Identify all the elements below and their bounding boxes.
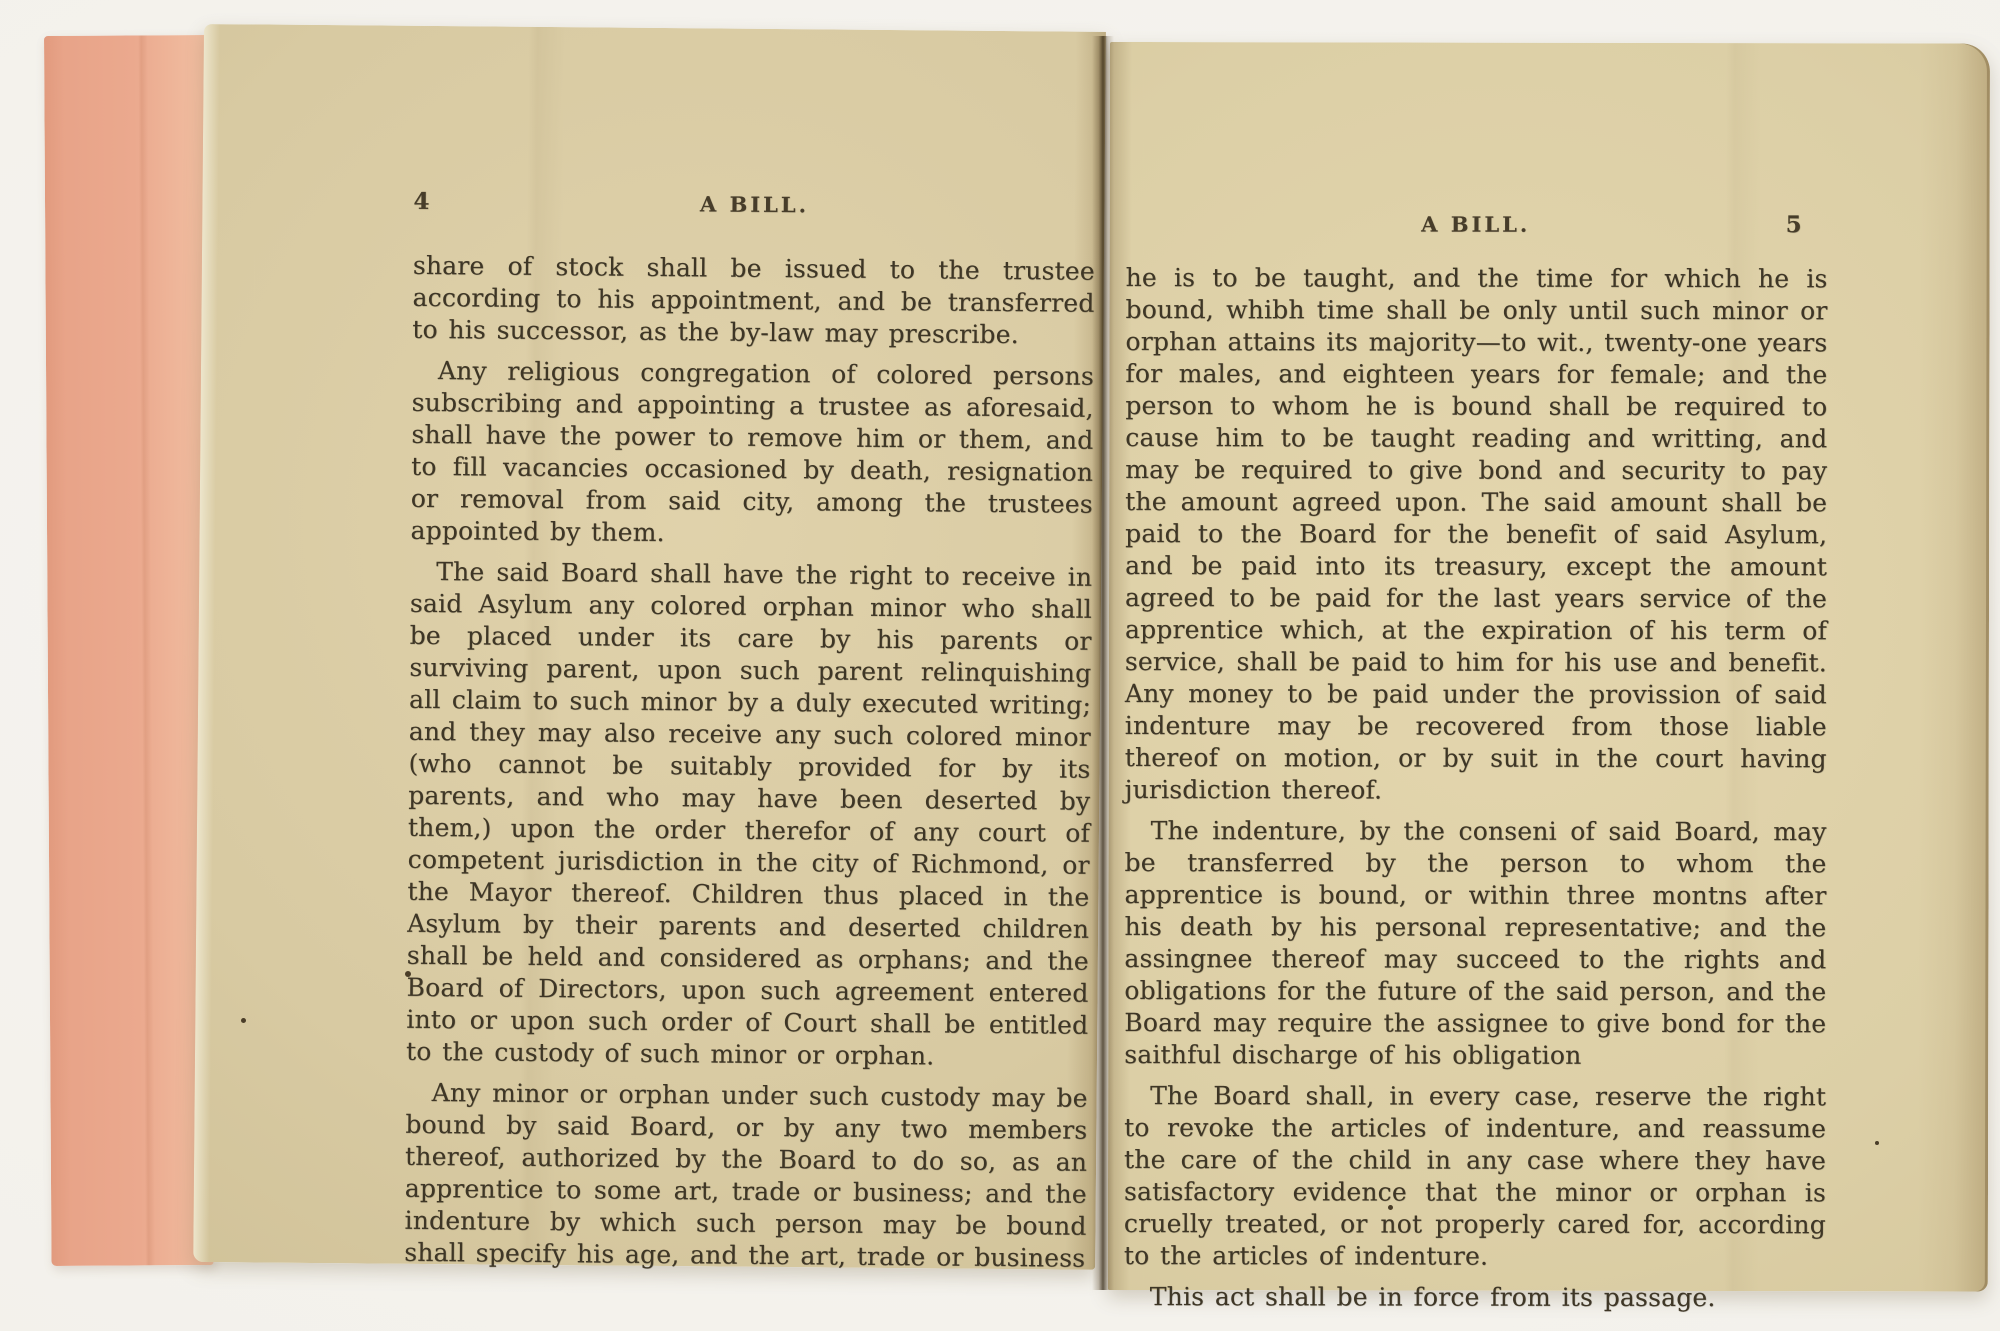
running-header-right: A BILL. (1190, 211, 1762, 237)
paragraph: This act shall be in force from its pass… (1124, 1281, 1826, 1314)
page-left: 4 A BILL. share of stock shall be issued… (193, 24, 1106, 1270)
header-spacer-left (1031, 214, 1095, 215)
page-left-header: 4 A BILL. (413, 188, 1095, 221)
paragraph: he is to be taught, and the time for whi… (1125, 262, 1828, 807)
ink-speck (1875, 1141, 1879, 1145)
paragraph: Any religious congregation of colored pe… (410, 355, 1094, 553)
ink-speck (1388, 1205, 1393, 1210)
center-fold-shadow (1092, 36, 1114, 1290)
paragraph: The said Board shall have the right to r… (406, 556, 1092, 1074)
page-number-left: 4 (413, 188, 477, 216)
page-right: A BILL. 5 he is to be taught, and the ti… (1108, 42, 1990, 1292)
paragraph: share of stock shall be issued to the tr… (412, 250, 1095, 352)
ink-speck (405, 971, 411, 977)
page-number-right: 5 (1762, 211, 1826, 238)
document-scan: 4 A BILL. share of stock shall be issued… (0, 0, 2000, 1331)
running-header-left: A BILL. (477, 189, 1031, 219)
paragraph: The Board shall, in every case, reserve … (1124, 1080, 1826, 1273)
page-right-text: he is to be taught, and the time for whi… (1124, 262, 1828, 1323)
paragraph: Any minor or orphan under such custody m… (404, 1077, 1088, 1275)
page-left-text: share of stock shall be issued to the tr… (404, 250, 1095, 1284)
booklet-cover-edge (44, 35, 214, 1266)
paragraph: The indenture, by the conseni of said Bo… (1124, 815, 1826, 1072)
ink-speck (241, 1018, 246, 1023)
page-right-header: A BILL. 5 (1126, 210, 1826, 238)
